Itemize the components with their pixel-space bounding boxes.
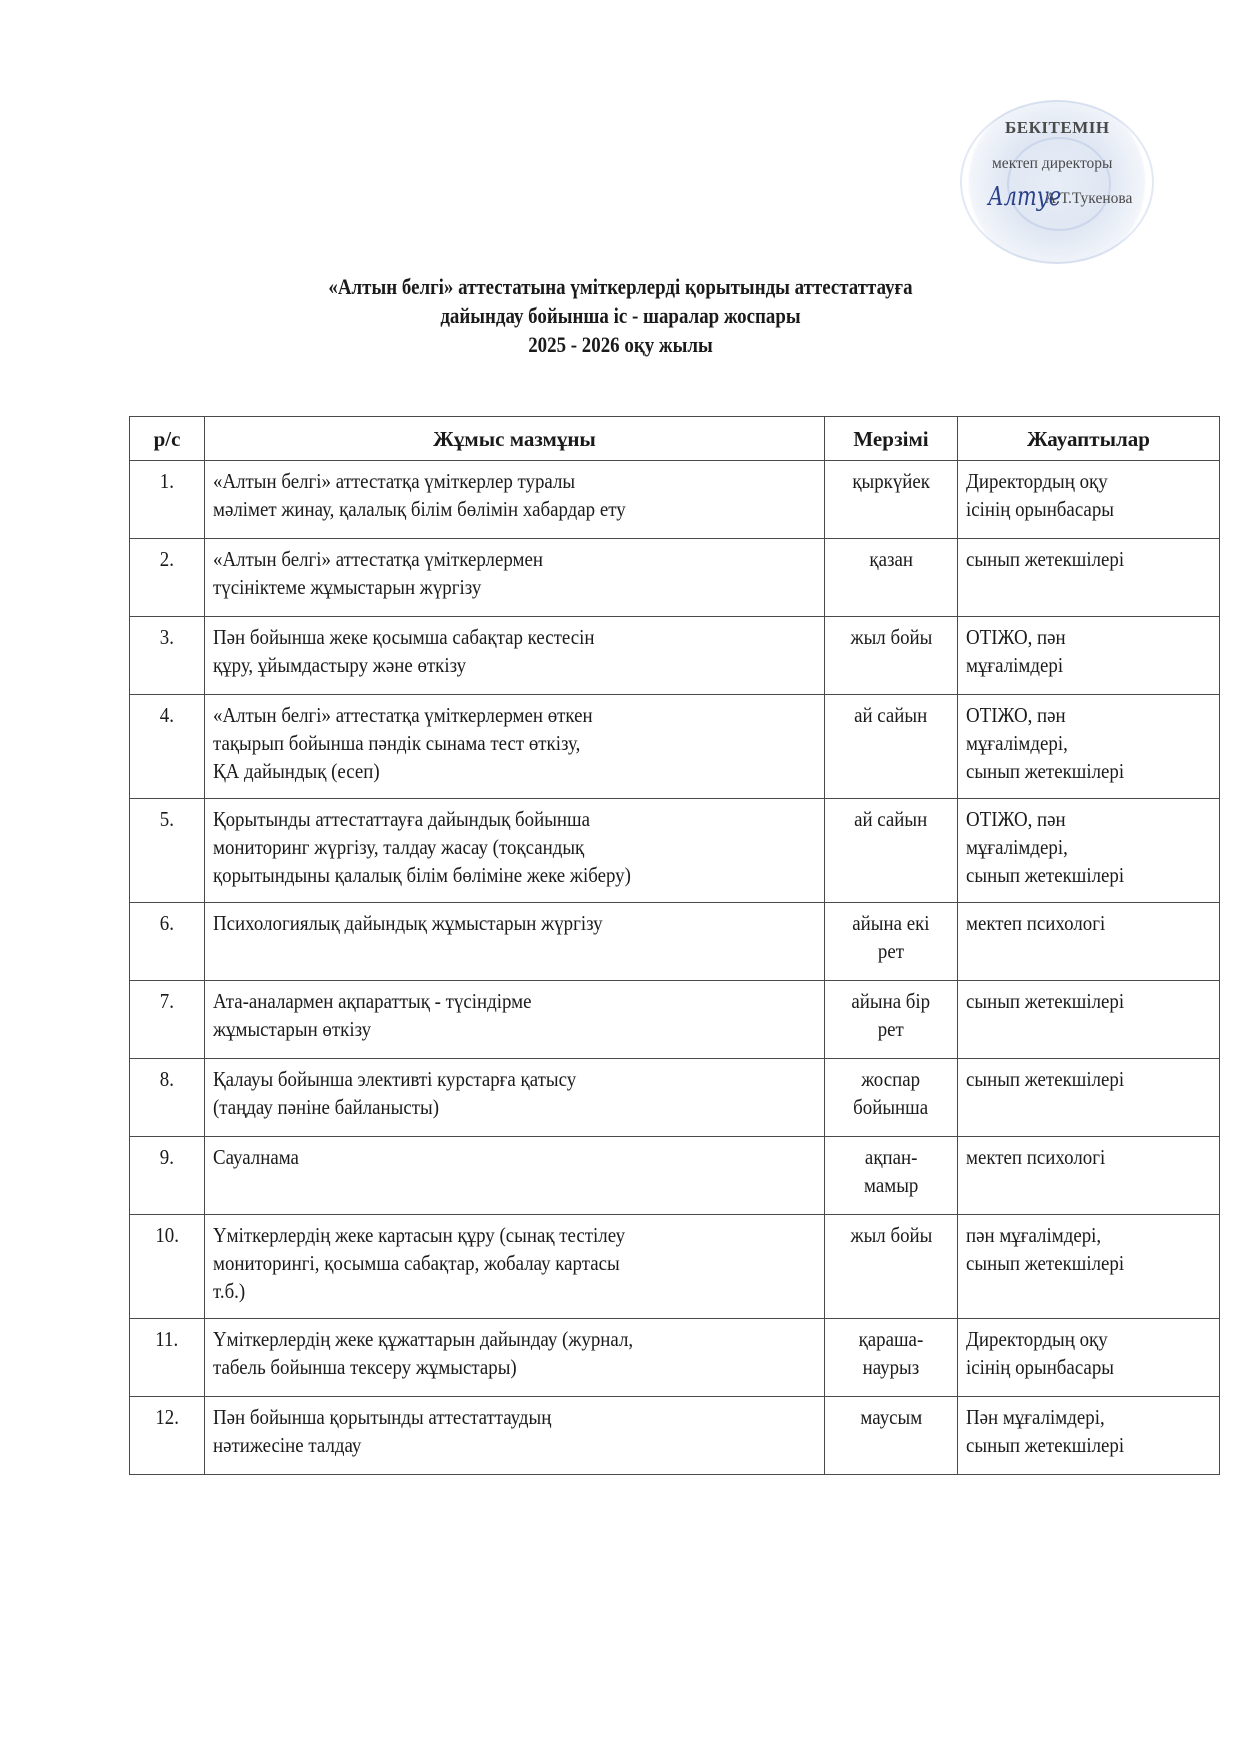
row-responsible-text: ОТІЖО, пән мұғалімдері, сынып жетекшілер… xyxy=(966,701,1211,785)
header-task: Жұмыс мазмұны xyxy=(205,417,825,461)
document-title: «Алтын белгі» аттестатына үміткерлерді қ… xyxy=(0,272,1241,359)
row-task: Ата-аналармен ақпараттық - түсіндірме жұ… xyxy=(205,981,825,1059)
row-number: 5. xyxy=(130,799,205,903)
row-responsible: Директордың оқу ісінің орынбасары xyxy=(958,1319,1220,1397)
row-number-text: 5. xyxy=(160,805,174,833)
row-term: қыркүйек xyxy=(825,461,958,539)
row-term-text: айына екі рет xyxy=(852,909,929,965)
row-task-text: Психологиялық дайындық жұмыстарын жүргіз… xyxy=(213,909,815,937)
row-task: Пән бойынша қорытынды аттестаттаудың нәт… xyxy=(205,1397,825,1475)
row-responsible-text: сынып жетекшілері xyxy=(966,1065,1211,1093)
row-responsible: ОТІЖО, пән мұғалімдері, сынып жетекшілер… xyxy=(958,799,1220,903)
row-term-text: ай сайын xyxy=(854,701,927,729)
row-responsible-text: сынып жетекшілері xyxy=(966,987,1211,1015)
row-task-text: Үміткерлердің жеке құжаттарын дайындау (… xyxy=(213,1325,815,1381)
row-task: Психологиялық дайындық жұмыстарын жүргіз… xyxy=(205,903,825,981)
row-number: 10. xyxy=(130,1215,205,1319)
row-responsible: сынып жетекшілері xyxy=(958,1059,1220,1137)
row-number: 7. xyxy=(130,981,205,1059)
row-responsible: мектеп психологі xyxy=(958,1137,1220,1215)
row-number: 12. xyxy=(130,1397,205,1475)
table-row: 1.«Алтын белгі» аттестатқа үміткерлер ту… xyxy=(130,461,1220,539)
row-task-text: Үміткерлердің жеке картасын құру (сынақ … xyxy=(213,1221,815,1305)
title-line-1: «Алтын белгі» аттестатына үміткерлерді қ… xyxy=(87,272,1154,301)
table-row: 5.Қорытынды аттестаттауға дайындық бойын… xyxy=(130,799,1220,903)
row-term-text: жоспар бойынша xyxy=(854,1065,929,1121)
row-number: 8. xyxy=(130,1059,205,1137)
row-task-text: Пән бойынша жеке қосымша сабақтар кестес… xyxy=(213,623,815,679)
row-responsible-text: Директордың оқу ісінің орынбасары xyxy=(966,467,1211,523)
row-responsible: мектеп психологі xyxy=(958,903,1220,981)
row-task-text: «Алтын белгі» аттестатқа үміткерлермен т… xyxy=(213,545,815,601)
row-number-text: 7. xyxy=(160,987,174,1015)
approval-title: БЕКІТЕМІН xyxy=(1005,118,1110,138)
row-responsible-text: пән мұғалімдері, сынып жетекшілері xyxy=(966,1221,1211,1277)
row-responsible: пән мұғалімдері, сынып жетекшілері xyxy=(958,1215,1220,1319)
row-number-text: 11. xyxy=(156,1325,179,1353)
row-task-text: Қалауы бойынша элективті курстарға қатыс… xyxy=(213,1065,815,1121)
row-term-text: қыркүйек xyxy=(852,467,930,495)
row-term-text: жыл бойы xyxy=(850,1221,932,1249)
row-task: Қалауы бойынша элективті курстарға қатыс… xyxy=(205,1059,825,1137)
row-number: 3. xyxy=(130,617,205,695)
row-term: жыл бойы xyxy=(825,617,958,695)
row-task: Қорытынды аттестаттауға дайындық бойынша… xyxy=(205,799,825,903)
row-term-text: ай сайын xyxy=(854,805,927,833)
row-term: айына бір рет xyxy=(825,981,958,1059)
row-number: 2. xyxy=(130,539,205,617)
row-number-text: 10. xyxy=(155,1221,179,1249)
row-task: Пән бойынша жеке қосымша сабақтар кестес… xyxy=(205,617,825,695)
table-row: 3.Пән бойынша жеке қосымша сабақтар кест… xyxy=(130,617,1220,695)
row-number-text: 8. xyxy=(160,1065,174,1093)
title-line-3: 2025 - 2026 оқу жылы xyxy=(87,330,1154,359)
table-row: 12.Пән бойынша қорытынды аттестаттаудың … xyxy=(130,1397,1220,1475)
title-line-2: дайындау бойынша іс - шаралар жоспары xyxy=(87,301,1154,330)
table-row: 4.«Алтын белгі» аттестатқа үміткерлермен… xyxy=(130,695,1220,799)
row-number-text: 12. xyxy=(155,1403,179,1431)
table-row: 8.Қалауы бойынша элективті курстарға қат… xyxy=(130,1059,1220,1137)
table-row: 6.Психологиялық дайындық жұмыстарын жүрг… xyxy=(130,903,1220,981)
row-term-text: маусым xyxy=(860,1403,922,1431)
header-responsible: Жауаптылар xyxy=(958,417,1220,461)
row-term-text: ақпан- мамыр xyxy=(864,1143,918,1199)
table-body: 1.«Алтын белгі» аттестатқа үміткерлер ту… xyxy=(130,461,1220,1475)
row-responsible: сынып жетекшілері xyxy=(958,539,1220,617)
row-task-text: Ата-аналармен ақпараттық - түсіндірме жұ… xyxy=(213,987,815,1043)
approval-name: А.Т.Тукенова xyxy=(1045,190,1132,208)
row-term-text: айына бір рет xyxy=(852,987,931,1043)
row-task-text: «Алтын белгі» аттестатқа үміткерлермен ө… xyxy=(213,701,815,785)
row-term-text: қараша- наурыз xyxy=(859,1325,924,1381)
row-term-text: жыл бойы xyxy=(850,623,932,651)
row-number-text: 6. xyxy=(160,909,174,937)
row-responsible: Пән мұғалімдері, сынып жетекшілері xyxy=(958,1397,1220,1475)
row-term: ай сайын xyxy=(825,695,958,799)
table-row: 2.«Алтын белгі» аттестатқа үміткерлермен… xyxy=(130,539,1220,617)
row-task-text: «Алтын белгі» аттестатқа үміткерлер тура… xyxy=(213,467,815,523)
row-number: 4. xyxy=(130,695,205,799)
table-row: 11.Үміткерлердің жеке құжаттарын дайында… xyxy=(130,1319,1220,1397)
row-task: Үміткерлердің жеке картасын құру (сынақ … xyxy=(205,1215,825,1319)
header-number: р/с xyxy=(130,417,205,461)
row-term: айына екі рет xyxy=(825,903,958,981)
row-number: 11. xyxy=(130,1319,205,1397)
row-number-text: 3. xyxy=(160,623,174,651)
row-number: 6. xyxy=(130,903,205,981)
plan-table: р/с Жұмыс мазмұны Мерзімі Жауаптылар 1.«… xyxy=(129,416,1220,1475)
row-term: қараша- наурыз xyxy=(825,1319,958,1397)
row-term-text: қазан xyxy=(869,545,913,573)
row-term: ақпан- мамыр xyxy=(825,1137,958,1215)
header-term: Мерзімі xyxy=(825,417,958,461)
row-task: Үміткерлердің жеке құжаттарын дайындау (… xyxy=(205,1319,825,1397)
table-header-row: р/с Жұмыс мазмұны Мерзімі Жауаптылар xyxy=(130,417,1220,461)
approval-block: БЕКІТЕМІН мектеп директоры Алтуе А.Т.Тук… xyxy=(960,110,1180,250)
row-responsible-text: сынып жетекшілері xyxy=(966,545,1211,573)
row-responsible: Директордың оқу ісінің орынбасары xyxy=(958,461,1220,539)
row-number: 1. xyxy=(130,461,205,539)
row-responsible-text: мектеп психологі xyxy=(966,1143,1211,1171)
row-term: ай сайын xyxy=(825,799,958,903)
row-term: жыл бойы xyxy=(825,1215,958,1319)
row-term: жоспар бойынша xyxy=(825,1059,958,1137)
row-number-text: 4. xyxy=(160,701,174,729)
row-number: 9. xyxy=(130,1137,205,1215)
row-responsible-text: Пән мұғалімдері, сынып жетекшілері xyxy=(966,1403,1211,1459)
table-row: 10.Үміткерлердің жеке картасын құру (сын… xyxy=(130,1215,1220,1319)
row-responsible-text: ОТІЖО, пән мұғалімдері xyxy=(966,623,1211,679)
row-responsible: сынып жетекшілері xyxy=(958,981,1220,1059)
approval-role: мектеп директоры xyxy=(992,155,1112,173)
row-responsible: ОТІЖО, пән мұғалімдері xyxy=(958,617,1220,695)
row-term: қазан xyxy=(825,539,958,617)
row-number-text: 2. xyxy=(160,545,174,573)
row-task: «Алтын белгі» аттестатқа үміткерлермен ө… xyxy=(205,695,825,799)
row-responsible-text: мектеп психологі xyxy=(966,909,1211,937)
row-task-text: Пән бойынша қорытынды аттестаттаудың нәт… xyxy=(213,1403,815,1459)
row-task-text: Сауалнама xyxy=(213,1143,815,1171)
row-task: Сауалнама xyxy=(205,1137,825,1215)
row-responsible-text: ОТІЖО, пән мұғалімдері, сынып жетекшілер… xyxy=(966,805,1211,889)
row-task-text: Қорытынды аттестаттауға дайындық бойынша… xyxy=(213,805,815,889)
row-responsible: ОТІЖО, пән мұғалімдері, сынып жетекшілер… xyxy=(958,695,1220,799)
row-responsible-text: Директордың оқу ісінің орынбасары xyxy=(966,1325,1211,1381)
row-number-text: 9. xyxy=(160,1143,174,1171)
row-task: «Алтын белгі» аттестатқа үміткерлер тура… xyxy=(205,461,825,539)
table-row: 9.Сауалнамаақпан- мамырмектеп психологі xyxy=(130,1137,1220,1215)
row-term: маусым xyxy=(825,1397,958,1475)
table-row: 7.Ата-аналармен ақпараттық - түсіндірме … xyxy=(130,981,1220,1059)
row-task: «Алтын белгі» аттестатқа үміткерлермен т… xyxy=(205,539,825,617)
row-number-text: 1. xyxy=(160,467,174,495)
